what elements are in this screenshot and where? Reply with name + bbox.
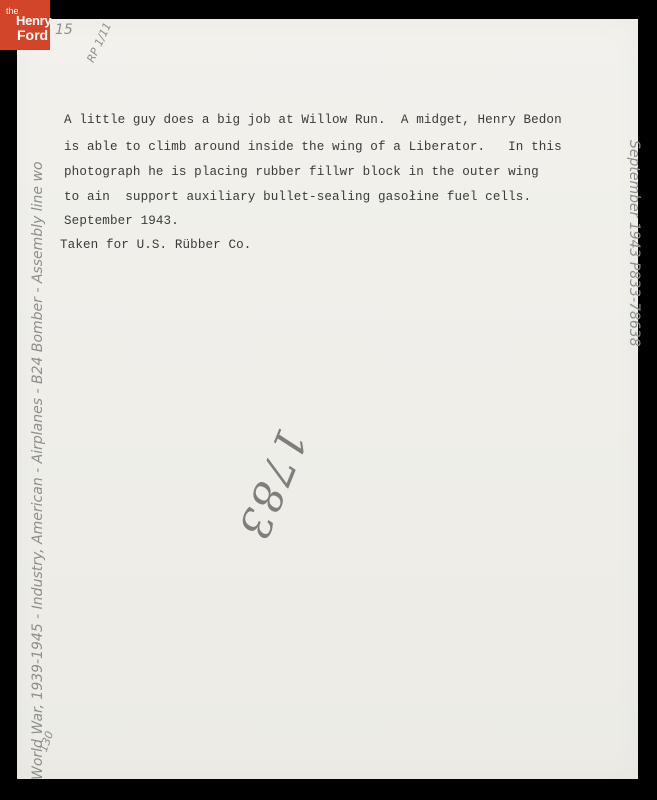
henry-ford-logo: the Henry Ford: [0, 0, 50, 50]
logo-henry: Henry: [16, 14, 51, 27]
typed-line-3: photograph he is placing rubber fillwr b…: [64, 165, 539, 179]
typed-line-4: to ain support auxiliary bullet-sealing …: [64, 190, 531, 204]
handwritten-corner-number: 15: [55, 22, 73, 38]
typed-line-5: September 1943.: [64, 214, 179, 228]
typed-line-6: Taken for U.S. Rübber Co.: [60, 238, 251, 252]
logo-ford: Ford: [17, 28, 48, 42]
typed-line-2: is able to climb around inside the wing …: [64, 140, 562, 154]
handwritten-right-margin-note: September 1943 P833-78638: [626, 140, 642, 347]
typed-line-1: A little guy does a big job at Willow Ru…: [64, 113, 562, 127]
archival-document-paper: [17, 19, 638, 779]
handwritten-left-margin-note: World War, 1939-1945 - Industry, America…: [30, 20, 46, 780]
